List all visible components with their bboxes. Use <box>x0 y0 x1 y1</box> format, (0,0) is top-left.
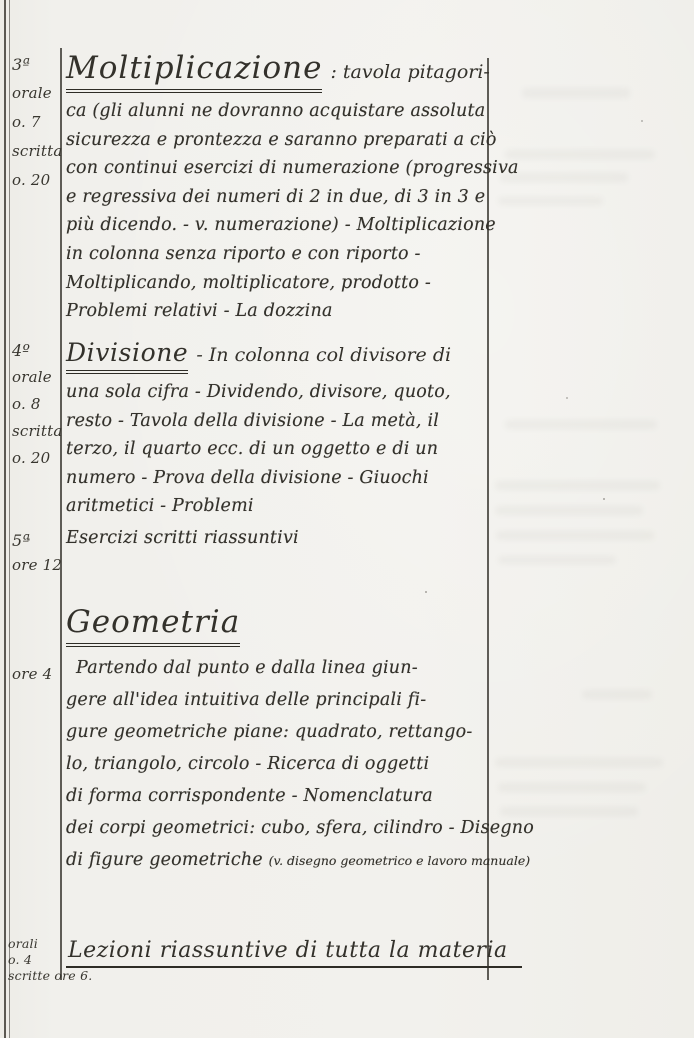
handwritten-line: Partendo dal punto e dalla linea giun- <box>66 652 487 684</box>
handwritten-line: numero - Prova della divisione - Giuochi <box>66 464 487 493</box>
margin-note-class5-hours: 5ª ore 12 <box>12 528 60 578</box>
scan-speck <box>641 120 643 122</box>
handwritten-line: una sola cifra - Dividendo, divisore, qu… <box>66 378 487 407</box>
heading-divisione: Divisione <box>66 336 188 374</box>
section-geometria: Partendo dal punto e dalla linea giun- g… <box>66 652 487 877</box>
heading-geometria: Geometria <box>66 602 240 647</box>
scan-speck <box>27 538 30 541</box>
handwritten-line: di forma corrispondente - Nomenclatura <box>66 780 487 812</box>
handwritten-line: e regressiva dei numeri di 2 in due, di … <box>66 183 487 212</box>
scan-speck <box>566 397 568 399</box>
handwritten-line: terzo, il quarto ecc. di un oggetto e di… <box>66 435 487 464</box>
handwritten-line: con continui esercizi di numerazione (pr… <box>66 154 487 183</box>
page-left-edge-line-double <box>9 0 10 1038</box>
parenthetical-note: (v. disegno geometrico e lavoro manuale) <box>269 853 530 868</box>
margin-line: scritta <box>12 418 60 445</box>
margin-note-class4-hours: 4º orale o. 8 scritta o. 20 <box>12 337 60 472</box>
handwritten-line-with-note: di figure geometriche (v. disegno geomet… <box>66 844 487 877</box>
scan-speck <box>603 498 605 500</box>
heading-suffix: : tavola pitagori- <box>330 61 489 83</box>
margin-line: scritta <box>12 137 60 166</box>
bleed-through-smudge <box>505 150 655 159</box>
handwritten-line: gere all'idea intuitiva delle principali… <box>66 684 487 716</box>
heading-suffix: - In colonna col divisore di <box>196 344 451 366</box>
heading-moltiplicazione: Moltiplicazione <box>66 48 322 93</box>
bleed-through-smudge <box>495 481 660 490</box>
margin-line: o. 7 <box>12 108 60 137</box>
bleed-through-smudge <box>495 758 663 767</box>
margin-line: ore 4 <box>12 660 60 689</box>
handwritten-line: Problemi relativi - La dozzina <box>66 297 487 326</box>
bleed-through-smudge <box>498 556 616 564</box>
handwritten-line: più dicendo. - v. numerazione) - Moltipl… <box>66 211 487 240</box>
handwritten-line: in colonna senza riporto e con riporto - <box>66 240 487 269</box>
margin-line: ore 12 <box>12 553 60 578</box>
handwritten-line: Moltiplicando, moltiplicatore, prodotto … <box>66 269 487 298</box>
scanned-notebook-page: 3ª orale o. 7 scritta o. 20 4º orale o. … <box>0 0 694 1038</box>
handwritten-line: Esercizi scritti riassuntivi <box>66 524 487 553</box>
section-divisione: Divisione- In colonna col divisore di un… <box>66 336 487 521</box>
margin-separator-rule <box>60 48 62 980</box>
handwritten-line: resto - Tavola della divisione - La metà… <box>66 407 487 436</box>
bleed-through-smudge <box>522 88 630 98</box>
margin-line: o. 20 <box>12 166 60 195</box>
section-moltiplicazione: Moltiplicazione: tavola pitagori- ca (gl… <box>66 48 487 326</box>
scan-speck <box>425 591 427 593</box>
bleed-through-smudge <box>500 807 638 816</box>
margin-line: 5ª <box>12 528 60 553</box>
margin-line: scritte ore 6. <box>8 968 80 984</box>
handwritten-line: dei corpi geometrici: cubo, sfera, cilin… <box>66 812 487 844</box>
bleed-through-smudge <box>496 531 654 540</box>
handwritten-line: lo, triangolo, circolo - Ricerca di ogge… <box>66 748 487 780</box>
page-left-edge-line <box>4 0 6 1038</box>
margin-line: o. 20 <box>12 445 60 472</box>
handwritten-line: aritmetici - Problemi <box>66 492 487 521</box>
margin-line: orale <box>12 364 60 391</box>
closing-line: Lezioni riassuntive di tutta la materia <box>66 938 522 968</box>
section-closing: Lezioni riassuntive di tutta la materia <box>66 938 487 968</box>
bleed-through-smudge <box>582 690 652 699</box>
bleed-through-smudge <box>498 783 646 792</box>
margin-note-geometry-hours: ore 4 <box>12 660 60 689</box>
section-heading-line: Divisione- In colonna col divisore di <box>66 336 487 374</box>
bleed-through-smudge <box>505 420 657 429</box>
handwritten-line: ca (gli alunni ne dovranno acquistare as… <box>66 97 487 126</box>
text-block-right-rule <box>487 58 489 980</box>
handwritten-line: di figure geometriche <box>66 850 263 870</box>
margin-line: 3ª <box>12 50 60 79</box>
bleed-through-smudge <box>500 173 628 182</box>
margin-note-class3-hours: 3ª orale o. 7 scritta o. 20 <box>12 50 60 195</box>
bleed-through-smudge <box>495 506 643 515</box>
bleed-through-smudge <box>498 197 603 205</box>
handwritten-line: gure geometriche piane: quadrato, rettan… <box>66 716 487 748</box>
margin-line: orale <box>12 79 60 108</box>
section-geometria-heading: Geometria <box>66 602 487 647</box>
section-heading-line: Moltiplicazione: tavola pitagori- <box>66 48 487 93</box>
section-esercizi-riassuntivi: Esercizi scritti riassuntivi <box>66 524 487 553</box>
margin-line: o. 8 <box>12 391 60 418</box>
handwritten-line: sicurezza e prontezza e saranno preparat… <box>66 126 487 155</box>
margin-line: 4º <box>12 337 60 364</box>
